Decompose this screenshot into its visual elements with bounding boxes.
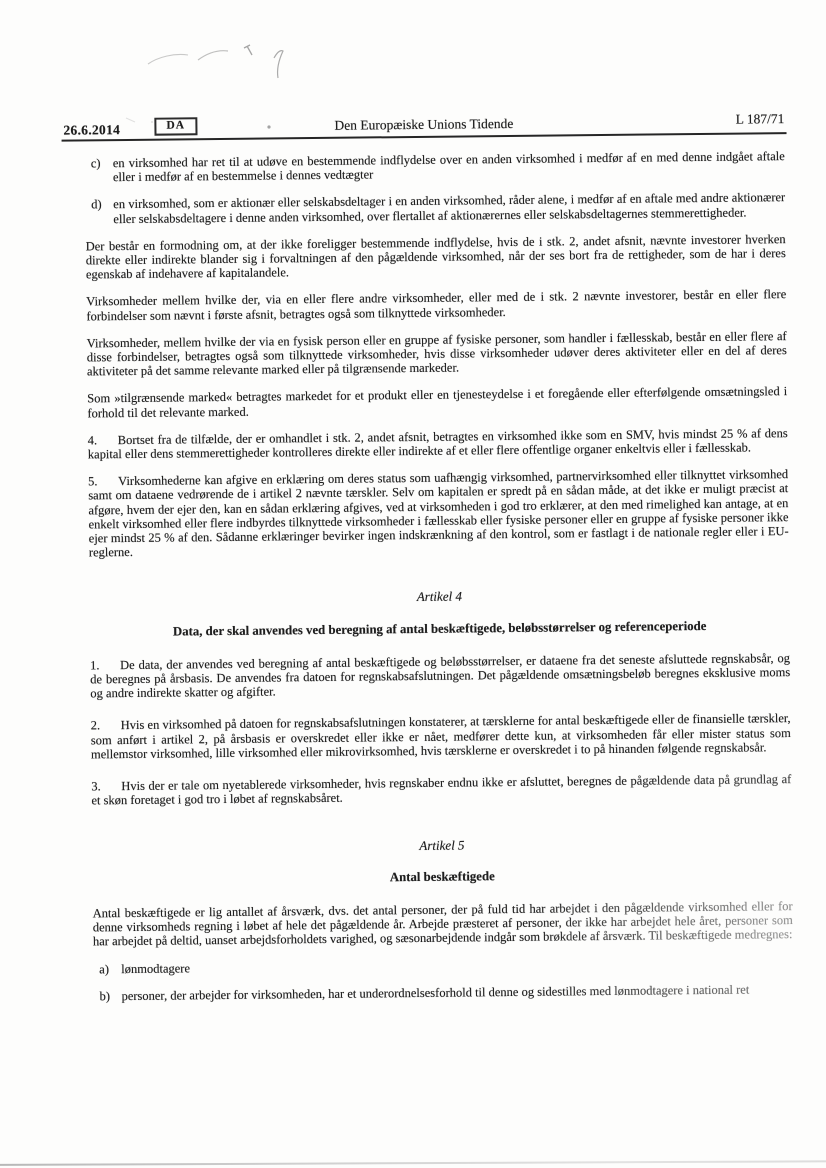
paragraph-number: 5. xyxy=(88,475,100,489)
paragraph: Der består en formodning om, at der ikke… xyxy=(86,232,786,282)
paragraph-number: 4. xyxy=(88,433,100,447)
list-item-b: b) personer, der arbejder for virksomhed… xyxy=(93,982,793,1004)
paragraph-number: 3. xyxy=(91,779,103,793)
list-item-d: d) en virksomhed, som er aktionær eller … xyxy=(85,190,785,226)
scanned-document-page: 26.6.2014 DA Den Europæiske Unions Tiden… xyxy=(0,0,826,1168)
paragraph: Antal beskæftigede er lig antallet af år… xyxy=(93,899,793,949)
list-item-label: c) xyxy=(91,156,113,185)
list-item-label: b) xyxy=(99,989,121,1003)
list-item-text: lønmodtagere xyxy=(121,955,793,976)
numbered-paragraph-2: 2.Hvis en virksomhed på datoen for regns… xyxy=(91,712,791,762)
paragraph: Virksomheder mellem hvilke der, via en e… xyxy=(86,288,786,324)
paragraph-text: Bortset fra de tilfælde, der er omhandle… xyxy=(88,426,788,462)
paragraph-text: Hvis en virksomhed på datoen for regnska… xyxy=(91,712,791,762)
paragraph-number: 2. xyxy=(91,719,103,733)
numbered-paragraph-3: 3.Hvis der er tale om nyetablerede virks… xyxy=(91,772,791,808)
list-item-text: en virksomhed har ret til at udøve en be… xyxy=(113,149,785,184)
article-5-heading: Artikel 5 xyxy=(92,835,792,857)
paragraph-text: Virksomhederne kan afgive en erklæring o… xyxy=(88,467,789,559)
document-body: c) en virksomhed har ret til at udøve en… xyxy=(85,149,794,1003)
paragraph: Som »tilgrænsende marked« betragtes mark… xyxy=(87,385,787,421)
paragraph: Virksomheder, mellem hvilke der via en f… xyxy=(87,329,787,379)
article-5-title: Antal beskæftigede xyxy=(92,866,792,888)
numbered-paragraph-5: 5.Virksomhederne kan afgive en erklæring… xyxy=(88,467,789,560)
article-4-heading: Artikel 4 xyxy=(89,587,789,609)
list-item-label: d) xyxy=(91,198,113,227)
numbered-paragraph-4: 4.Bortset fra de tilfælde, der er omhand… xyxy=(88,426,788,462)
list-item-a: a) lønmodtagere xyxy=(93,955,793,977)
journal-header: 26.6.2014 DA Den Europæiske Unions Tiden… xyxy=(61,108,786,142)
page-reference: L 187/71 xyxy=(736,111,785,128)
list-item-label: a) xyxy=(99,962,121,976)
numbered-paragraph-1: 1.De data, der anvendes ved beregning af… xyxy=(90,651,790,701)
list-item-text: personer, der arbejder for virksomheden,… xyxy=(121,982,793,1003)
list-item-c: c) en virksomhed har ret til at udøve en… xyxy=(85,149,785,185)
paragraph-text: De data, der anvendes ved beregning af a… xyxy=(90,651,790,701)
paragraph-text: Hvis der er tale om nyetablerede virksom… xyxy=(91,772,791,808)
paragraph-number: 1. xyxy=(90,658,102,672)
list-item-text: en virksomhed, som er aktionær eller sel… xyxy=(113,190,785,225)
article-4-title: Data, der skal anvendes ved beregning af… xyxy=(90,618,790,640)
